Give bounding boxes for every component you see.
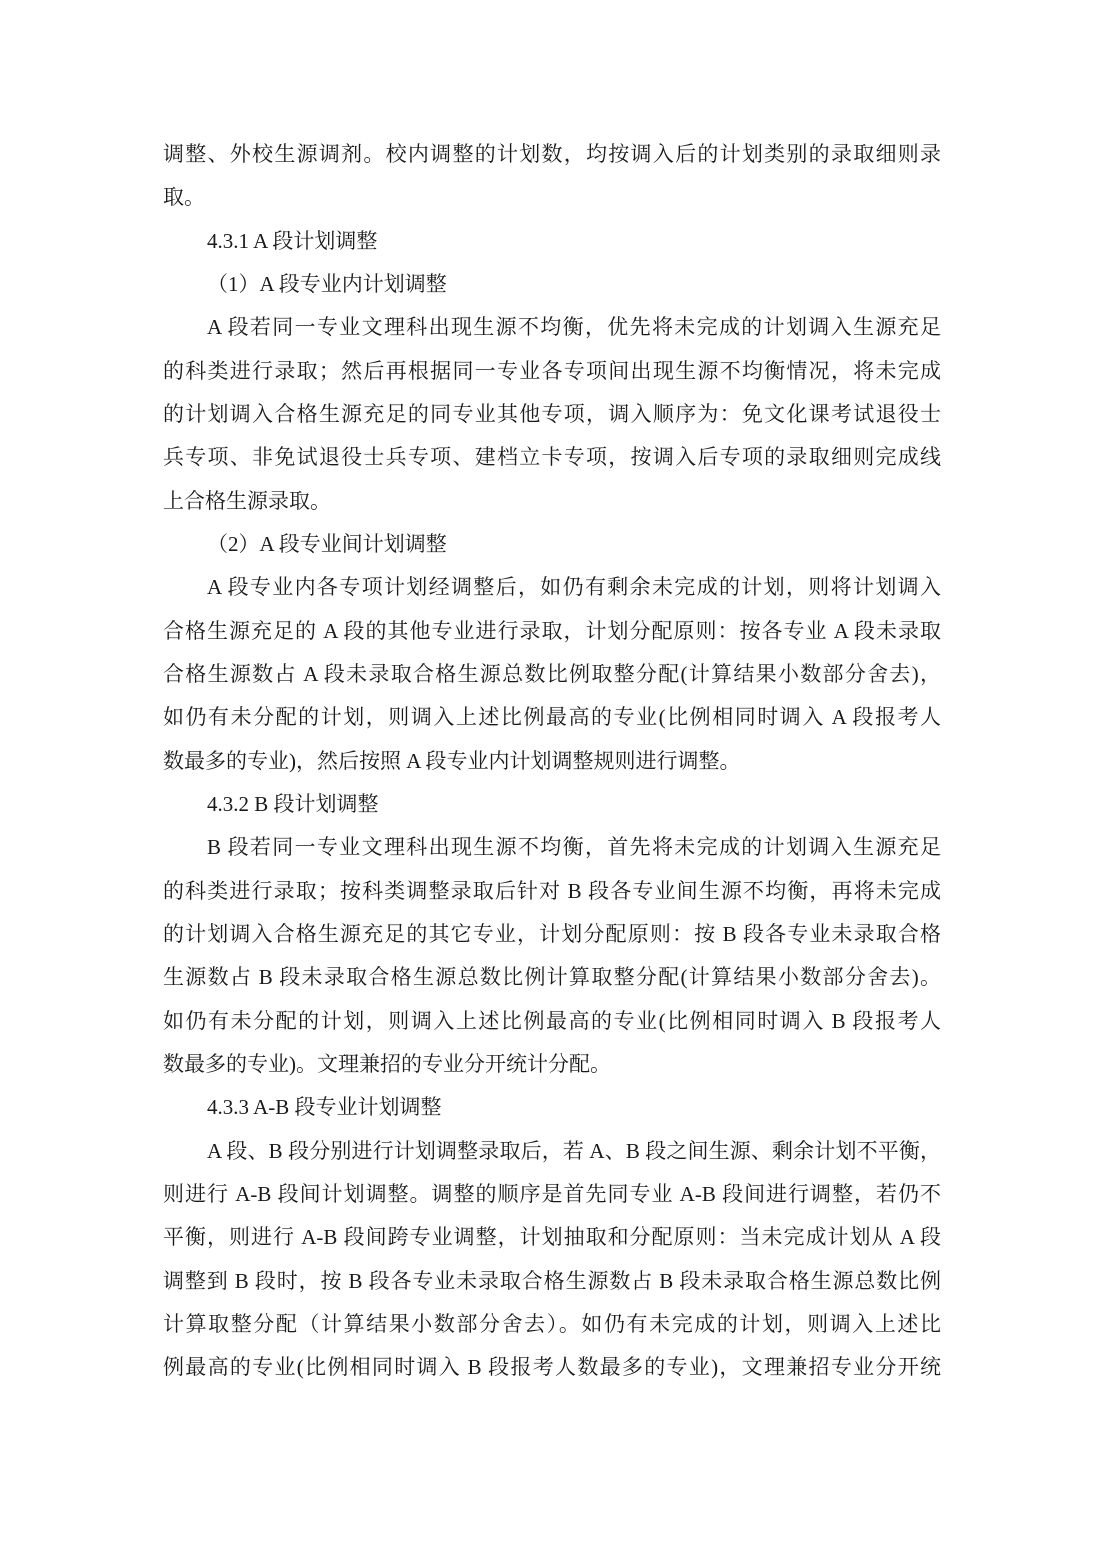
text-line: 的计划调入合格生源充足的同专业其他专项，调入顺序为：免文化课考试退役士: [163, 393, 941, 436]
text-line: 的科类进行录取；然后再根据同一专业各专项间出现生源不均衡情况，将未完成: [163, 350, 941, 393]
text-line: 数最多的专业)，然后按照 A 段专业内计划调整规则进行调整。: [163, 740, 941, 783]
text-line: B 段若同一专业文理科出现生源不均衡，首先将未完成的计划调入生源充足: [163, 826, 941, 869]
text-line: A 段、B 段分别进行计划调整录取后，若 A、B 段之间生源、剩余计划不平衡，: [163, 1130, 941, 1173]
section-heading: （1）A 段专业内计划调整: [163, 263, 941, 306]
text-line: 合格生源充足的 A 段的其他专业进行录取，计划分配原则：按各专业 A 段未录取: [163, 610, 941, 653]
body-paragraph: A 段若同一专业文理科出现生源不均衡，优先将未完成的计划调入生源充足的科类进行录…: [163, 306, 941, 523]
text-line: 调整、外校生源调剂。校内调整的计划数，均按调入后的计划类别的录取细则录: [163, 133, 941, 176]
text-line: 计算取整分配（计算结果小数部分舍去）。如仍有未完成的计划，则调入上述比: [163, 1303, 941, 1346]
body-paragraph: A 段专业内各专项计划经调整后，如仍有剩余未完成的计划，则将计划调入合格生源充足…: [163, 566, 941, 783]
text-line: 生源数占 B 段未录取合格生源总数比例计算取整分配(计算结果小数部分舍去)。: [163, 956, 941, 999]
text-line: 4.3.1 A 段计划调整: [163, 220, 941, 263]
document-page: 调整、外校生源调剂。校内调整的计划数，均按调入后的计划类别的录取细则录取。4.3…: [0, 0, 1102, 1559]
section-heading: （2）A 段专业间计划调整: [163, 523, 941, 566]
text-line: 合格生源数占 A 段未录取合格生源总数比例取整分配(计算结果小数部分舍去)，: [163, 653, 941, 696]
body-paragraph: B 段若同一专业文理科出现生源不均衡，首先将未完成的计划调入生源充足的科类进行录…: [163, 826, 941, 1086]
text-line: 平衡，则进行 A-B 段间跨专业调整，计划抽取和分配原则：当未完成计划从 A 段: [163, 1216, 941, 1259]
text-line: 数最多的专业)。文理兼招的专业分开统计分配。: [163, 1043, 941, 1086]
text-line: 调整到 B 段时，按 B 段各专业未录取合格生源数占 B 段未录取合格生源总数比…: [163, 1260, 941, 1303]
text-line: 则进行 A-B 段间计划调整。调整的顺序是首先同专业 A-B 段间进行调整，若仍…: [163, 1173, 941, 1216]
section-heading: 4.3.3 A-B 段专业计划调整: [163, 1086, 941, 1129]
text-line: 如仍有未分配的计划，则调入上述比例最高的专业(比例相同时调入 B 段报考人: [163, 1000, 941, 1043]
text-line: 4.3.3 A-B 段专业计划调整: [163, 1086, 941, 1129]
text-line: （1）A 段专业内计划调整: [163, 263, 941, 306]
section-heading: 4.3.2 B 段计划调整: [163, 783, 941, 826]
text-line: 上合格生源录取。: [163, 480, 941, 523]
document-body: 调整、外校生源调剂。校内调整的计划数，均按调入后的计划类别的录取细则录取。4.3…: [163, 133, 941, 1390]
text-line: 兵专项、非免试退役士兵专项、建档立卡专项，按调入后专项的录取细则完成线: [163, 436, 941, 479]
text-line: 取。: [163, 176, 941, 219]
text-line: 的科类进行录取；按科类调整录取后针对 B 段各专业间生源不均衡，再将未完成: [163, 870, 941, 913]
body-paragraph: A 段、B 段分别进行计划调整录取后，若 A、B 段之间生源、剩余计划不平衡，则…: [163, 1130, 941, 1390]
text-line: A 段若同一专业文理科出现生源不均衡，优先将未完成的计划调入生源充足: [163, 306, 941, 349]
text-line: 如仍有未分配的计划，则调入上述比例最高的专业(比例相同时调入 A 段报考人: [163, 696, 941, 739]
body-paragraph: 调整、外校生源调剂。校内调整的计划数，均按调入后的计划类别的录取细则录取。: [163, 133, 941, 220]
text-line: （2）A 段专业间计划调整: [163, 523, 941, 566]
text-line: 例最高的专业(比例相同时调入 B 段报考人数最多的专业)，文理兼招专业分开统: [163, 1346, 941, 1389]
text-line: 的计划调入合格生源充足的其它专业，计划分配原则：按 B 段各专业未录取合格: [163, 913, 941, 956]
text-line: 4.3.2 B 段计划调整: [163, 783, 941, 826]
section-heading: 4.3.1 A 段计划调整: [163, 220, 941, 263]
text-line: A 段专业内各专项计划经调整后，如仍有剩余未完成的计划，则将计划调入: [163, 566, 941, 609]
